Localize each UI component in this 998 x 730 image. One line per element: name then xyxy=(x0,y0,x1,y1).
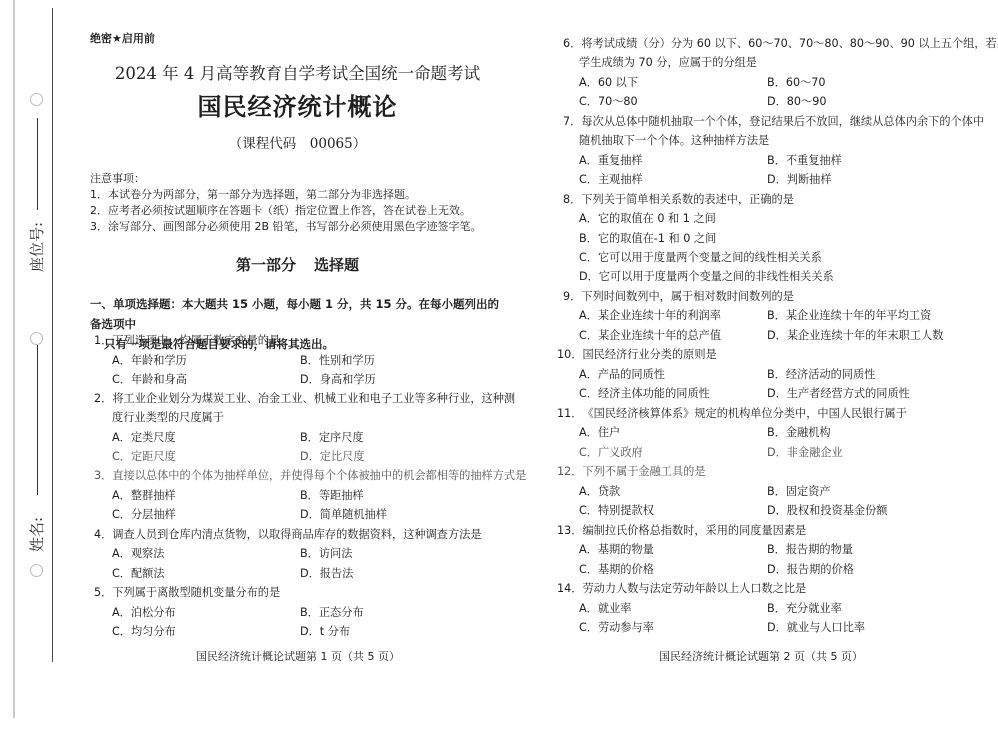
confidential-mark: 绝密★启用前 xyxy=(90,30,155,46)
option-c[interactable]: C．均匀分布 xyxy=(112,623,176,639)
option-a[interactable]: A．它的取值在 0 和 1 之间 xyxy=(579,210,716,226)
option-c[interactable]: C．分层抽样 xyxy=(112,506,176,522)
page-footer: 国民经济统计概论试题第 2 页（共 5 页） xyxy=(659,648,863,664)
notice-item: 1．本试卷分为两部分，第一部分为选择题，第二部分为非选择题。 xyxy=(90,186,416,202)
exam-title: 2024 年 4 月高等教育自学考试全国统一命题考试 xyxy=(90,60,505,84)
binding-margin: 座位号: 姓名: xyxy=(0,0,80,730)
question-2: 2．将工业企业划分为煤炭工业、冶金工业、机械工业和电子工业等多种行业，这种测 xyxy=(94,390,515,406)
option-b[interactable]: B．经济活动的同质性 xyxy=(767,366,875,382)
option-b[interactable]: B．某企业连续十年的年平均工资 xyxy=(767,307,931,323)
option-a[interactable]: A．住户 xyxy=(579,424,620,440)
option-b[interactable]: B．60～70 xyxy=(767,74,826,90)
question-5: 5．下列属于离散型随机变量分布的是 xyxy=(94,584,280,600)
option-a[interactable]: A．定类尺度 xyxy=(112,429,176,445)
seat-field-line xyxy=(37,118,38,210)
option-a[interactable]: A．就业率 xyxy=(579,600,631,616)
option-b[interactable]: B．访问法 xyxy=(300,545,352,561)
option-b[interactable]: B．固定资产 xyxy=(767,483,831,499)
question-6: 6．将考试成绩（分）分为 60 以下、60～70、70～80、80～90、90 … xyxy=(563,35,998,51)
question-stem: 《国民经济核算体系》规定的机构单位分类中，中国人民银行属于 xyxy=(582,407,906,420)
cut-line xyxy=(52,8,53,662)
question-stem: 直接以总体中的个体为抽样单位，并使得每个个体被抽中的机会都相等的抽样方式是 xyxy=(112,469,526,482)
name-label: 姓名: xyxy=(26,517,47,552)
option-d[interactable]: D．身高和学历 xyxy=(300,371,376,387)
option-b[interactable]: B．金融机构 xyxy=(767,424,831,440)
option-c[interactable]: C．基期的价格 xyxy=(579,561,654,577)
option-a[interactable]: A．整群抽样 xyxy=(112,487,176,503)
question-stem: 将工业企业划分为煤炭工业、冶金工业、机械工业和电子工业等多种行业，这种测 xyxy=(112,392,515,405)
part-title: 第一部分选择题 xyxy=(90,254,505,275)
punch-hole-icon xyxy=(30,93,43,106)
subject-title: 国民经济统计概论 xyxy=(90,87,505,122)
option-c[interactable]: C．配额法 xyxy=(112,565,165,581)
option-c[interactable]: C．经济主体功能的同质性 xyxy=(579,385,710,401)
question-4: 4．调查人员到仓库内清点货物，以取得商品库存的数据资料，这种调查方法是 xyxy=(94,526,482,542)
seat-number-label: 座位号: xyxy=(26,222,47,272)
option-a[interactable]: A．贷款 xyxy=(579,483,620,499)
question-7: 7．每次从总体中随机抽取一个个体，登记结果后不放回，继续从总体内余下的个体中 xyxy=(563,113,984,129)
notice-item: 3．涂写部分、画图部分必须使用 2B 铅笔，书写部分必须使用黑色字迹签字笔。 xyxy=(90,218,482,234)
question-1: 1．下列选项中，均属于数字变量的是 xyxy=(94,332,280,348)
option-c[interactable]: C．主观抽样 xyxy=(579,171,643,187)
option-d[interactable]: D．某企业连续十年的年末职工人数 xyxy=(767,327,943,343)
question-stem-cont: 学生成绩为 70 分，应属于的分组是 xyxy=(579,54,757,70)
question-11: 11．《国民经济核算体系》规定的机构单位分类中，中国人民银行属于 xyxy=(557,405,907,421)
question-stem: 调查人员到仓库内清点货物，以取得商品库存的数据资料，这种调查方法是 xyxy=(112,528,481,541)
option-d[interactable]: D．股权和投资基金份额 xyxy=(767,502,888,518)
option-a[interactable]: A．重复抽样 xyxy=(579,152,643,168)
option-c[interactable]: C．年龄和身高 xyxy=(112,371,187,387)
question-stem: 下列不属于金融工具的是 xyxy=(582,465,705,478)
question-12: 12．下列不属于金融工具的是 xyxy=(557,463,706,479)
option-d[interactable]: D．非金融企业 xyxy=(767,444,843,460)
option-d[interactable]: D．判断抽样 xyxy=(767,171,832,187)
option-a[interactable]: A．60 以下 xyxy=(579,74,638,90)
option-b[interactable]: B．报告期的物量 xyxy=(767,541,853,557)
option-d[interactable]: D．简单随机抽样 xyxy=(300,506,387,522)
option-a[interactable]: A．年龄和学历 xyxy=(112,352,187,368)
punch-hole-icon xyxy=(30,564,43,577)
option-c[interactable]: C．特别提款权 xyxy=(579,502,654,518)
option-d[interactable]: D．定比尺度 xyxy=(300,448,365,464)
question-stem: 下列选项中，均属于数字变量的是 xyxy=(112,334,280,347)
option-d[interactable]: D．生产者经营方式的同质性 xyxy=(767,385,910,401)
option-a[interactable]: A．产品的同质性 xyxy=(579,366,665,382)
margin-gray-line xyxy=(13,0,15,718)
option-b[interactable]: B．它的取值在-1 和 0 之间 xyxy=(579,230,716,246)
option-c[interactable]: C．广义政府 xyxy=(579,444,643,460)
question-stem: 下列关于简单相关系数的表述中，正确的是 xyxy=(581,193,794,206)
course-code: （课程代码 00065） xyxy=(90,132,505,152)
name-field-line xyxy=(37,345,38,495)
question-stem: 编制拉氏价格总指数时，采用的同度量因素是 xyxy=(582,524,806,537)
part-name: 选择题 xyxy=(314,256,359,274)
question-stem: 将考试成绩（分）分为 60 以下、60～70、70～80、80～90、90 以上… xyxy=(581,37,998,50)
punch-hole-icon xyxy=(30,332,43,345)
option-b[interactable]: B．性别和学历 xyxy=(300,352,375,368)
part-number: 第一部分 xyxy=(236,256,296,274)
option-b[interactable]: B．充分就业率 xyxy=(767,600,842,616)
option-c[interactable]: C．定距尺度 xyxy=(112,448,176,464)
option-b[interactable]: B．定序尺度 xyxy=(300,429,364,445)
question-9: 9．下列时间数列中，属于相对数时间数列的是 xyxy=(563,288,794,304)
option-b[interactable]: B．等距抽样 xyxy=(300,487,364,503)
question-14: 14．劳动力人数与法定劳动年龄以上人口数之比是 xyxy=(557,580,806,596)
option-c[interactable]: C．劳动参与率 xyxy=(579,619,654,635)
notice-item: 2．应考者必须按试题顺序在答题卡（纸）指定位置上作答，答在试卷上无效。 xyxy=(90,202,471,218)
question-stem: 每次从总体中随机抽取一个个体，登记结果后不放回，继续从总体内余下的个体中 xyxy=(581,115,984,128)
question-13: 13．编制拉氏价格总指数时，采用的同度量因素是 xyxy=(557,522,806,538)
option-d[interactable]: D．它可以用于度量两个变量之间的非线性相关关系 xyxy=(579,268,834,284)
question-10: 10．国民经济行业分类的原则是 xyxy=(557,346,717,362)
question-8: 8．下列关于简单相关系数的表述中，正确的是 xyxy=(563,191,794,207)
option-d[interactable]: D．就业与人口比率 xyxy=(767,619,865,635)
question-stem-cont: 度行业类型的尺度属于 xyxy=(112,409,224,425)
option-d[interactable]: D．80～90 xyxy=(767,93,826,109)
option-c[interactable]: C．某企业连续十年的总产值 xyxy=(579,327,721,343)
option-c[interactable]: C．70～80 xyxy=(579,93,638,109)
question-3: 3．直接以总体中的个体为抽样单位，并使得每个个体被抽中的机会都相等的抽样方式是 xyxy=(94,467,526,483)
option-d[interactable]: D．t 分布 xyxy=(300,623,350,639)
question-stem: 国民经济行业分类的原则是 xyxy=(582,348,716,361)
notice-heading: 注意事项： xyxy=(90,170,145,186)
option-a[interactable]: A．观察法 xyxy=(112,545,164,561)
page-footer: 国民经济统计概论试题第 1 页（共 5 页） xyxy=(196,648,400,664)
option-d[interactable]: D．报告法 xyxy=(300,565,353,581)
option-a[interactable]: A．泊松分布 xyxy=(112,604,176,620)
option-a[interactable]: A．某企业连续十年的利润率 xyxy=(579,307,721,323)
option-a[interactable]: A．基期的物量 xyxy=(579,541,654,557)
option-b[interactable]: B．不重复抽样 xyxy=(767,152,842,168)
question-stem: 下列时间数列中，属于相对数时间数列的是 xyxy=(581,290,794,303)
question-stem: 劳动力人数与法定劳动年龄以上人口数之比是 xyxy=(582,582,806,595)
option-d[interactable]: D．报告期的价格 xyxy=(767,561,854,577)
question-stem: 下列属于离散型随机变量分布的是 xyxy=(112,586,280,599)
option-b[interactable]: B．正态分布 xyxy=(300,604,364,620)
option-c[interactable]: C．它可以用于度量两个变量之间的线性相关关系 xyxy=(579,249,822,265)
question-stem-cont: 随机抽取下一个个体。这种抽样方法是 xyxy=(579,132,769,148)
section-heading-line: 一、单项选择题：本大题共 15 小题，每小题 1 分，共 15 分。在每小题列出… xyxy=(90,294,510,334)
